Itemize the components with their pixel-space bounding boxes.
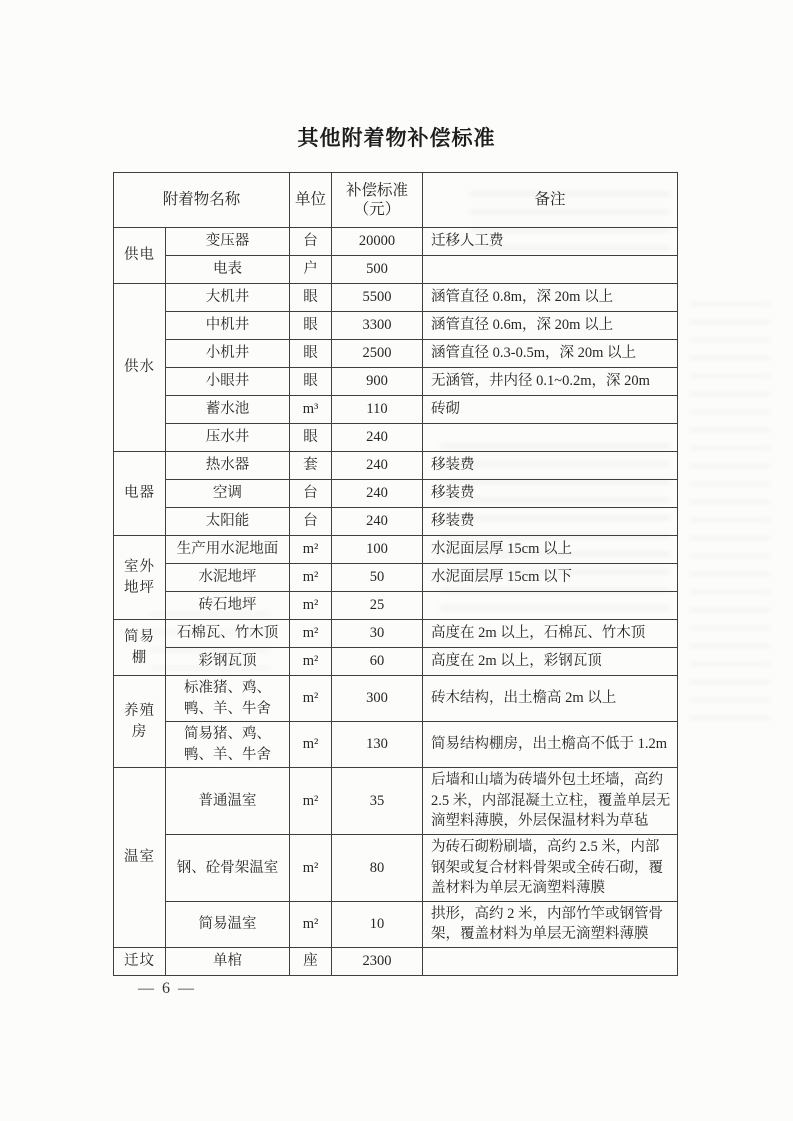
item-name-cell: 生产用水泥地面: [166, 536, 290, 564]
amount-cell: 35: [332, 768, 423, 835]
header-remark: 备注: [423, 173, 678, 228]
remark-cell: 后墙和山墙为砖墙外包土坯墙，高约 2.5 米，内部混凝土立柱，覆盖单层无滴塑料薄…: [423, 768, 678, 835]
unit-cell: m²: [290, 648, 332, 676]
remark-cell: 砖木结构，出土檐高 2m 以上: [423, 676, 678, 722]
table-row: 温室普通温室m²35后墙和山墙为砖墙外包土坯墙，高约 2.5 米，内部混凝土立柱…: [114, 768, 678, 835]
table-row: 供水大机井眼5500涵管直径 0.8m，深 20m 以上: [114, 284, 678, 312]
header-attachment-name: 附着物名称: [114, 173, 290, 228]
unit-cell: m²: [290, 676, 332, 722]
item-name-cell: 热水器: [166, 452, 290, 480]
table-row: 小眼井眼900无涵管，井内径 0.1~0.2m，深 20m: [114, 368, 678, 396]
item-name-cell: 石棉瓦、竹木顶: [166, 620, 290, 648]
item-name-cell: 砖石地坪: [166, 592, 290, 620]
item-name-cell: 简易温室: [166, 901, 290, 947]
item-name-cell: 蓄水池: [166, 396, 290, 424]
amount-cell: 130: [332, 722, 423, 768]
remark-cell: 高度在 2m 以上，彩钢瓦顶: [423, 648, 678, 676]
unit-cell: m²: [290, 722, 332, 768]
table-row: 迁坟单棺座2300: [114, 947, 678, 975]
amount-cell: 2300: [332, 947, 423, 975]
unit-cell: 眼: [290, 340, 332, 368]
category-cell: 室外地坪: [114, 536, 166, 620]
item-name-cell: 水泥地坪: [166, 564, 290, 592]
item-name-cell: 标准猪、鸡、鸭、羊、牛舍: [166, 676, 290, 722]
remark-cell: 水泥面层厚 15cm 以上: [423, 536, 678, 564]
compensation-table: 附着物名称 单位 补偿标准 （元） 备注 供电变压器台20000迁移人工费电表户…: [113, 172, 678, 976]
table-row: 空调台240移装费: [114, 480, 678, 508]
unit-cell: m³: [290, 396, 332, 424]
amount-cell: 240: [332, 452, 423, 480]
table-row: 供电变压器台20000迁移人工费: [114, 228, 678, 256]
amount-cell: 20000: [332, 228, 423, 256]
amount-cell: 60: [332, 648, 423, 676]
unit-cell: 台: [290, 480, 332, 508]
item-name-cell: 中机井: [166, 312, 290, 340]
amount-cell: 900: [332, 368, 423, 396]
table-row: 简易棚石棉瓦、竹木顶m²30高度在 2m 以上，石棉瓦、竹木顶: [114, 620, 678, 648]
item-name-cell: 彩钢瓦顶: [166, 648, 290, 676]
table-row: 砖石地坪m²25: [114, 592, 678, 620]
amount-cell: 5500: [332, 284, 423, 312]
unit-cell: 套: [290, 452, 332, 480]
remark-cell: 涵管直径 0.6m，深 20m 以上: [423, 312, 678, 340]
unit-cell: m²: [290, 835, 332, 902]
document-title: 其他附着物补偿标准: [0, 122, 793, 152]
table-row: 蓄水池m³110砖砌: [114, 396, 678, 424]
table-row: 简易猪、鸡、鸭、羊、牛舍m²130简易结构棚房，出土檐高不低于 1.2m: [114, 722, 678, 768]
amount-cell: 240: [332, 424, 423, 452]
amount-cell: 2500: [332, 340, 423, 368]
unit-cell: m²: [290, 901, 332, 947]
remark-cell: 涵管直径 0.8m，深 20m 以上: [423, 284, 678, 312]
item-name-cell: 普通温室: [166, 768, 290, 835]
unit-cell: m²: [290, 768, 332, 835]
unit-cell: 眼: [290, 284, 332, 312]
amount-cell: 80: [332, 835, 423, 902]
unit-cell: 眼: [290, 312, 332, 340]
item-name-cell: 太阳能: [166, 508, 290, 536]
category-cell: 养殖房: [114, 676, 166, 768]
amount-cell: 30: [332, 620, 423, 648]
amount-cell: 3300: [332, 312, 423, 340]
unit-cell: m²: [290, 592, 332, 620]
category-cell: 电器: [114, 452, 166, 536]
item-name-cell: 空调: [166, 480, 290, 508]
remark-cell: [423, 424, 678, 452]
table-row: 水泥地坪m²50水泥面层厚 15cm 以下: [114, 564, 678, 592]
item-name-cell: 钢、砼骨架温室: [166, 835, 290, 902]
remark-cell: 迁移人工费: [423, 228, 678, 256]
remark-cell: [423, 947, 678, 975]
amount-cell: 240: [332, 480, 423, 508]
table-row: 彩钢瓦顶m²60高度在 2m 以上，彩钢瓦顶: [114, 648, 678, 676]
remark-cell: 涵管直径 0.3-0.5m，深 20m 以上: [423, 340, 678, 368]
category-cell: 供电: [114, 228, 166, 284]
remark-cell: 简易结构棚房，出土檐高不低于 1.2m: [423, 722, 678, 768]
table-row: 简易温室m²10拱形，高约 2 米，内部竹竿或钢管骨架，覆盖材料为单层无滴塑料薄…: [114, 901, 678, 947]
header-compensation-standard: 补偿标准 （元）: [332, 173, 423, 228]
amount-cell: 500: [332, 256, 423, 284]
unit-cell: 眼: [290, 424, 332, 452]
table-row: 太阳能台240移装费: [114, 508, 678, 536]
remark-cell: 移装费: [423, 480, 678, 508]
unit-cell: 户: [290, 256, 332, 284]
category-cell: 供水: [114, 284, 166, 452]
amount-cell: 100: [332, 536, 423, 564]
amount-cell: 110: [332, 396, 423, 424]
item-name-cell: 小机井: [166, 340, 290, 368]
remark-cell: [423, 592, 678, 620]
category-cell: 温室: [114, 768, 166, 948]
unit-cell: m²: [290, 620, 332, 648]
remark-cell: 拱形，高约 2 米，内部竹竿或钢管骨架，覆盖材料为单层无滴塑料薄膜: [423, 901, 678, 947]
amount-cell: 240: [332, 508, 423, 536]
remark-cell: 移装费: [423, 452, 678, 480]
table-header-row: 附着物名称 单位 补偿标准 （元） 备注: [114, 173, 678, 228]
item-name-cell: 小眼井: [166, 368, 290, 396]
remark-cell: 为砖石砌粉刷墙，高约 2.5 米，内部钢架或复合材料骨架或全砖石砌，覆盖材料为单…: [423, 835, 678, 902]
remark-cell: 砖砌: [423, 396, 678, 424]
unit-cell: 眼: [290, 368, 332, 396]
table-row: 压水井眼240: [114, 424, 678, 452]
item-name-cell: 变压器: [166, 228, 290, 256]
table-body: 供电变压器台20000迁移人工费电表户500供水大机井眼5500涵管直径 0.8…: [114, 228, 678, 976]
table-row: 小机井眼2500涵管直径 0.3-0.5m，深 20m 以上: [114, 340, 678, 368]
unit-cell: 台: [290, 228, 332, 256]
amount-cell: 50: [332, 564, 423, 592]
amount-cell: 10: [332, 901, 423, 947]
category-cell: 迁坟: [114, 947, 166, 975]
item-name-cell: 大机井: [166, 284, 290, 312]
item-name-cell: 压水井: [166, 424, 290, 452]
remark-cell: 移装费: [423, 508, 678, 536]
table-row: 电表户500: [114, 256, 678, 284]
unit-cell: m²: [290, 564, 332, 592]
table-row: 钢、砼骨架温室m²80为砖石砌粉刷墙，高约 2.5 米，内部钢架或复合材料骨架或…: [114, 835, 678, 902]
unit-cell: 台: [290, 508, 332, 536]
remark-cell: 无涵管，井内径 0.1~0.2m，深 20m: [423, 368, 678, 396]
table-row: 中机井眼3300涵管直径 0.6m，深 20m 以上: [114, 312, 678, 340]
header-unit: 单位: [290, 173, 332, 228]
item-name-cell: 电表: [166, 256, 290, 284]
amount-cell: 300: [332, 676, 423, 722]
remark-cell: 高度在 2m 以上，石棉瓦、竹木顶: [423, 620, 678, 648]
page-number: — 6 —: [138, 980, 196, 998]
table-row: 养殖房标准猪、鸡、鸭、羊、牛舍m²300砖木结构，出土檐高 2m 以上: [114, 676, 678, 722]
scanned-document-page: 其他附着物补偿标准 附着物名称 单位 补偿标准 （元） 备注 供电变压器台200…: [0, 0, 793, 1121]
remark-cell: 水泥面层厚 15cm 以下: [423, 564, 678, 592]
category-cell: 简易棚: [114, 620, 166, 676]
bleed-through-smudge: [690, 300, 770, 720]
remark-cell: [423, 256, 678, 284]
item-name-cell: 单棺: [166, 947, 290, 975]
amount-cell: 25: [332, 592, 423, 620]
unit-cell: m²: [290, 536, 332, 564]
table-header: 附着物名称 单位 补偿标准 （元） 备注: [114, 173, 678, 228]
item-name-cell: 简易猪、鸡、鸭、羊、牛舍: [166, 722, 290, 768]
table-row: 室外地坪生产用水泥地面m²100水泥面层厚 15cm 以上: [114, 536, 678, 564]
table-row: 电器热水器套240移装费: [114, 452, 678, 480]
unit-cell: 座: [290, 947, 332, 975]
